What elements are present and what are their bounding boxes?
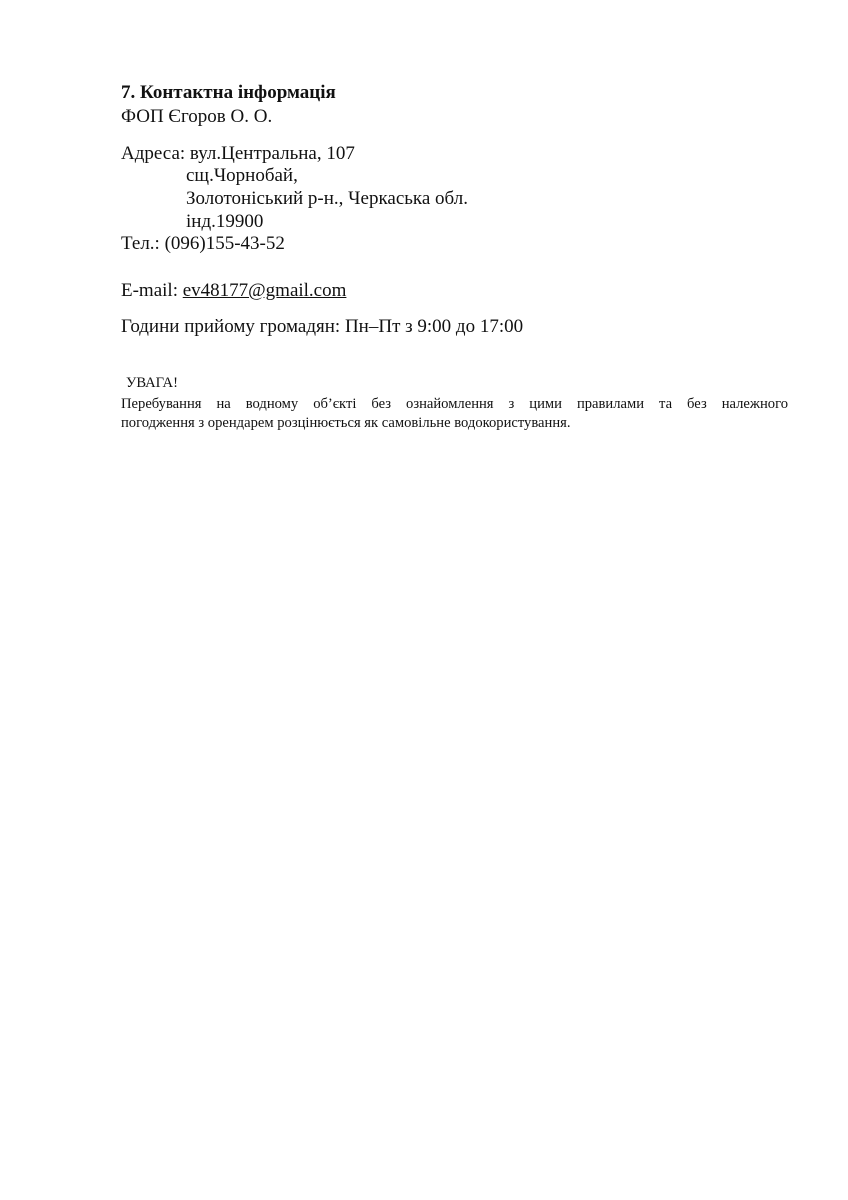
email-line: E-mail: ev48177@gmail.com [121,280,346,302]
phone-value: (096)155-43-52 [165,233,285,254]
address-street: вул.Центральна, 107 [190,143,355,164]
phone-label: Тел.: [121,233,160,254]
address-line-1: Адреса: вул.Центральна, 107 [121,143,355,165]
owner-name: ФОП Єгоров О. О. [121,106,272,128]
address-label: Адреса: [121,143,185,164]
section-heading: 7. Контактна інформація [121,82,336,104]
office-hours: Години прийому громадян: Пн–Пт з 9:00 до… [121,316,523,338]
notice-title: УВАГА! [126,375,178,392]
phone-line: Тел.: (096)155-43-52 [121,233,285,255]
email-label: E-mail: [121,280,178,301]
address-district: Золотоніський р-н., Черкаська обл. [186,188,468,210]
notice-text-line-1: Перебування на водному об’єкті без ознай… [121,394,788,414]
notice-text-line-2: погодження з орендарем розцінюється як с… [121,413,788,433]
address-settlement: сщ.Чорнобай, [186,165,298,187]
email-link[interactable]: ev48177@gmail.com [183,280,347,301]
address-postal: інд.19900 [186,211,263,233]
document-page: 7. Контактна інформація ФОП Єгоров О. О.… [0,0,848,1200]
